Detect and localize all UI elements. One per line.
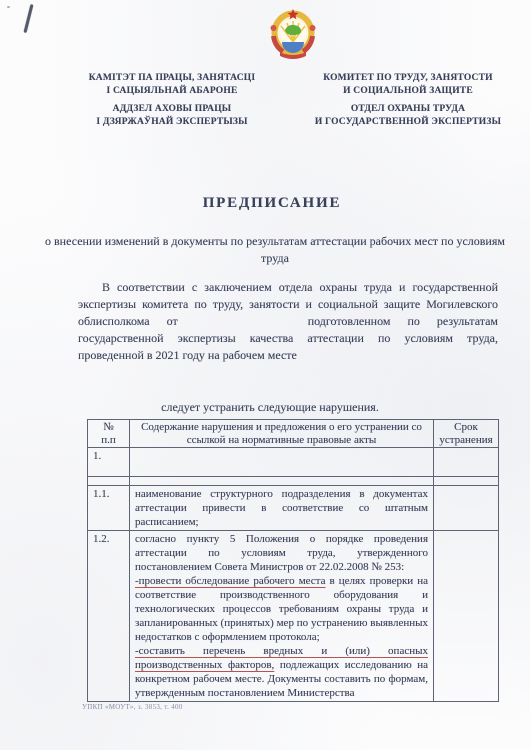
violations-table: № п.п Содержание нарушения и предложения… <box>87 419 499 702</box>
table-row-1-1: 1.1. наименование структурного подраздел… <box>88 486 499 531</box>
committee-name-ru-line1: КОМИТЕТ ПО ТРУДУ, ЗАНЯТОСТИ <box>306 72 510 85</box>
row-1-1-term <box>434 486 499 531</box>
row-1-1-number: 1.1. <box>88 486 130 531</box>
committee-name-by-line1: КАМІТЭТ ПА ПРАЦЫ, ЗАНЯТАСЦІ <box>70 72 274 85</box>
committee-name-by-line2: І САЦЫЯЛЬНАЙ АБАРОНЕ <box>70 85 274 98</box>
row-1-2-number: 1.2. <box>88 531 130 702</box>
col-header-term: Срок устранения <box>434 420 499 448</box>
row-1-1-content: наименование структурного подразделения … <box>130 486 434 531</box>
row-1-2-paragraph-1: согласно пункту 5 Положения о порядке пр… <box>135 532 428 574</box>
department-name-by-line1: АДДЗЕЛ АХОВЫ ПРАЦЫ <box>70 103 274 116</box>
department-name-ru-line1: ОТДЕЛ ОХРАНЫ ТРУДА <box>306 103 510 116</box>
scan-split-gap-row <box>88 477 499 486</box>
row-1-2-item-2: -составить перечень вредных и (или) опас… <box>135 644 428 700</box>
header-belarusian-block: КАМІТЭТ ПА ПРАЦЫ, ЗАНЯТАСЦІ І САЦЫЯЛЬНАЙ… <box>70 72 274 128</box>
table-row-1: 1. <box>88 448 499 477</box>
document-title: ПРЕДПИСАНИЕ <box>12 195 530 212</box>
header-russian-block: КОМИТЕТ ПО ТРУДУ, ЗАНЯТОСТИ И СОЦИАЛЬНОЙ… <box>306 72 510 128</box>
row-1-2-term <box>434 531 499 702</box>
scan-speck <box>7 6 10 8</box>
document-subtitle: о внесении изменений в документы по резу… <box>40 233 510 267</box>
row-1-2-content: согласно пункту 5 Положения о порядке пр… <box>130 531 434 702</box>
print-imprint: УПКП «МОУТ», з. 3853, т. 400 <box>82 703 183 711</box>
department-name-ru-line2: И ГОСУДАРСТВЕННОЙ ЭКСПЕРТИЗЫ <box>306 116 510 129</box>
table-header-row: № п.п Содержание нарушения и предложения… <box>88 420 499 448</box>
col-header-content: Содержание нарушения и предложения о его… <box>130 420 434 448</box>
col-header-number: № п.п <box>88 420 130 448</box>
row-1-term <box>434 448 499 477</box>
intro-paragraph: В соответствии с заключением отдела охра… <box>78 279 498 364</box>
scanned-document-page: КАМІТЭТ ПА ПРАЦЫ, ЗАНЯТАСЦІ І САЦЫЯЛЬНАЙ… <box>0 0 530 750</box>
table-lead-in-line: следует устранить следующие нарушения. <box>40 400 500 415</box>
row-1-content <box>130 448 434 477</box>
belarus-coat-of-arms-icon <box>266 6 320 60</box>
pen-stroke-mark <box>24 4 33 33</box>
committee-name-ru-line2: И СОЦИАЛЬНОЙ ЗАЩИТЕ <box>306 85 510 98</box>
row-1-number: 1. <box>88 448 130 477</box>
row-1-2-item-1: -провести обследование рабочего места в … <box>135 574 428 644</box>
table-row-1-2: 1.2. согласно пункту 5 Положения о поряд… <box>88 531 499 702</box>
pen-underlined-text-1: -провести обследование рабочего места <box>135 575 326 587</box>
department-name-by-line2: І ДЗЯРЖАЎНАЙ ЭКСПЕРТЫЗЫ <box>70 116 274 129</box>
